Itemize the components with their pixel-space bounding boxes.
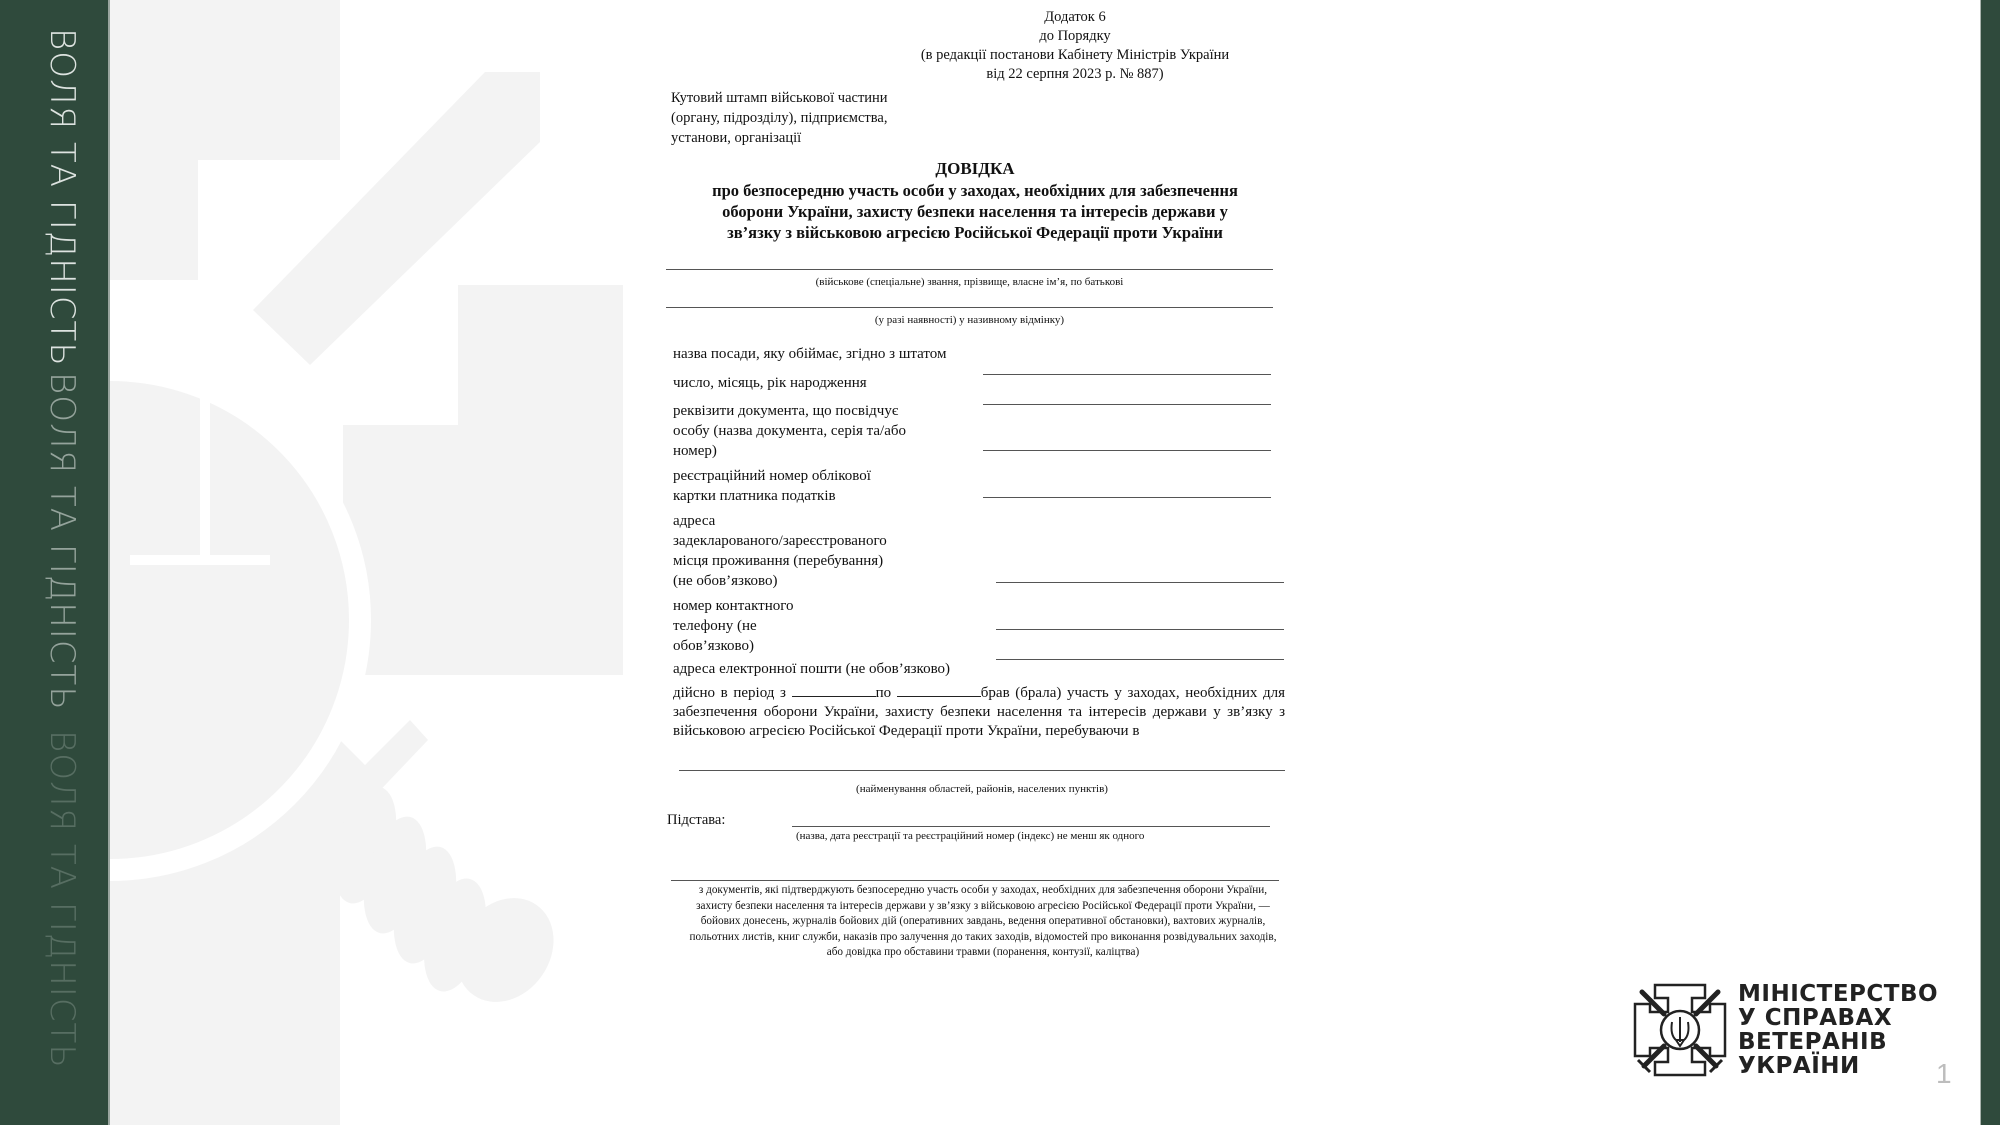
regions-input-line[interactable] [679,770,1285,771]
field-label-birthdate: число, місяць, рік народження [673,373,867,393]
label-line: телефону (не [673,616,794,636]
period-middle: по [876,685,892,701]
basis-documents-note: з документів, які підтверджують безпосер… [680,883,1286,961]
label-line: особу (назва документа, серія та/або [673,421,906,441]
basis-label: Підстава: [667,813,725,828]
label-line: назва посади, яку обіймає, згідно з штат… [673,344,946,364]
basis-caption: (назва, дата реєстрації та реєстраційний… [796,831,1144,842]
name-line-1[interactable] [666,269,1273,270]
title-subline: зв’язку з військовою агресією Російської… [660,222,1290,243]
id-document-input-line[interactable] [983,450,1271,451]
certificate-document: Додаток 6 до Порядку (в редакції постано… [0,0,2000,1125]
label-line: реєстраційний номер облікової [673,466,871,486]
ministry-name-line: МІНІСТЕРСТВО [1738,982,1938,1006]
label-line: задекларованого/зареєстрованого [673,531,887,551]
title-subline: про безпосередню участь особи у заходах,… [660,180,1290,201]
appendix-header: Додаток 6 до Порядку (в редакції постано… [850,8,1300,84]
label-line: (не обов’язково) [673,571,887,591]
ministry-emblem-icon [1630,980,1730,1080]
field-label-address: адреса задекларованого/зареєстрованого м… [673,511,887,591]
appendix-number: Додаток 6 [850,8,1300,27]
stamp-line: Кутовий штамп військової частини [671,88,951,108]
address-input-line[interactable] [996,582,1284,583]
appendix-edition: (в редакції постанови Кабінету Міністрів… [850,46,1300,65]
position-input-line[interactable] [983,374,1271,375]
ministry-name: МІНІСТЕРСТВО У СПРАВАХ ВЕТЕРАНІВ УКРАЇНИ [1738,982,1938,1078]
label-line: місця проживання (перебування) [673,551,887,571]
ministry-name-line: ВЕТЕРАНІВ [1738,1030,1938,1054]
appendix-reference: до Порядку [850,27,1300,46]
field-label-email: адреса електронної пошти (не обов’язково… [673,659,950,679]
period-to-blank[interactable] [897,683,981,697]
name-caption-2: (у разі наявності) у називному відмінку) [666,315,1273,326]
field-label-position: назва посади, яку обіймає, згідно з штат… [673,344,946,364]
phone-input-line[interactable] [996,629,1284,630]
basis-input-line[interactable] [792,826,1270,827]
label-line: число, місяць, рік народження [673,373,867,393]
name-line-2[interactable] [666,307,1273,308]
label-line: номер) [673,441,906,461]
title-subline: оборони України, захисту безпеки населен… [660,201,1290,222]
appendix-date: від 22 серпня 2023 р. № 887) [850,65,1300,84]
title-main: ДОВІДКА [660,158,1290,180]
birthdate-input-line[interactable] [983,404,1271,405]
period-from-blank[interactable] [792,683,876,697]
basis-documents-line[interactable] [671,880,1279,881]
ministry-name-line: УКРАЇНИ [1738,1054,1938,1078]
document-title: ДОВІДКА про безпосередню участь особи у … [660,158,1290,243]
field-label-phone: номер контактного телефону (не обов’язко… [673,596,794,656]
regions-caption: (найменування областей, районів, населен… [679,784,1285,795]
ministry-name-line: У СПРАВАХ [1738,1006,1938,1030]
period-prefix: дійсно в період з [673,685,786,701]
label-line: реквізити документа, що посвідчує [673,401,906,421]
slide-page-number: 1 [1936,1058,1952,1090]
tax-number-input-line[interactable] [983,497,1271,498]
label-line: адреса [673,511,887,531]
stamp-line: установи, організації [671,128,951,148]
email-input-line[interactable] [996,659,1284,660]
stamp-line: (органу, підрозділу), підприємства, [671,108,951,128]
label-line: адреса електронної пошти (не обов’язково… [673,659,950,679]
field-label-id-document: реквізити документа, що посвідчує особу … [673,401,906,461]
label-line: обов’язково) [673,636,794,656]
participation-paragraph: дійсно в період з по брав (брала) участь… [673,683,1285,741]
name-caption-1: (військове (спеціальне) звання, прізвище… [666,277,1273,288]
corner-stamp-note: Кутовий штамп військової частини (органу… [671,88,951,148]
label-line: картки платника податків [673,486,871,506]
field-label-tax-number: реєстраційний номер облікової картки пла… [673,466,871,506]
label-line: номер контактного [673,596,794,616]
